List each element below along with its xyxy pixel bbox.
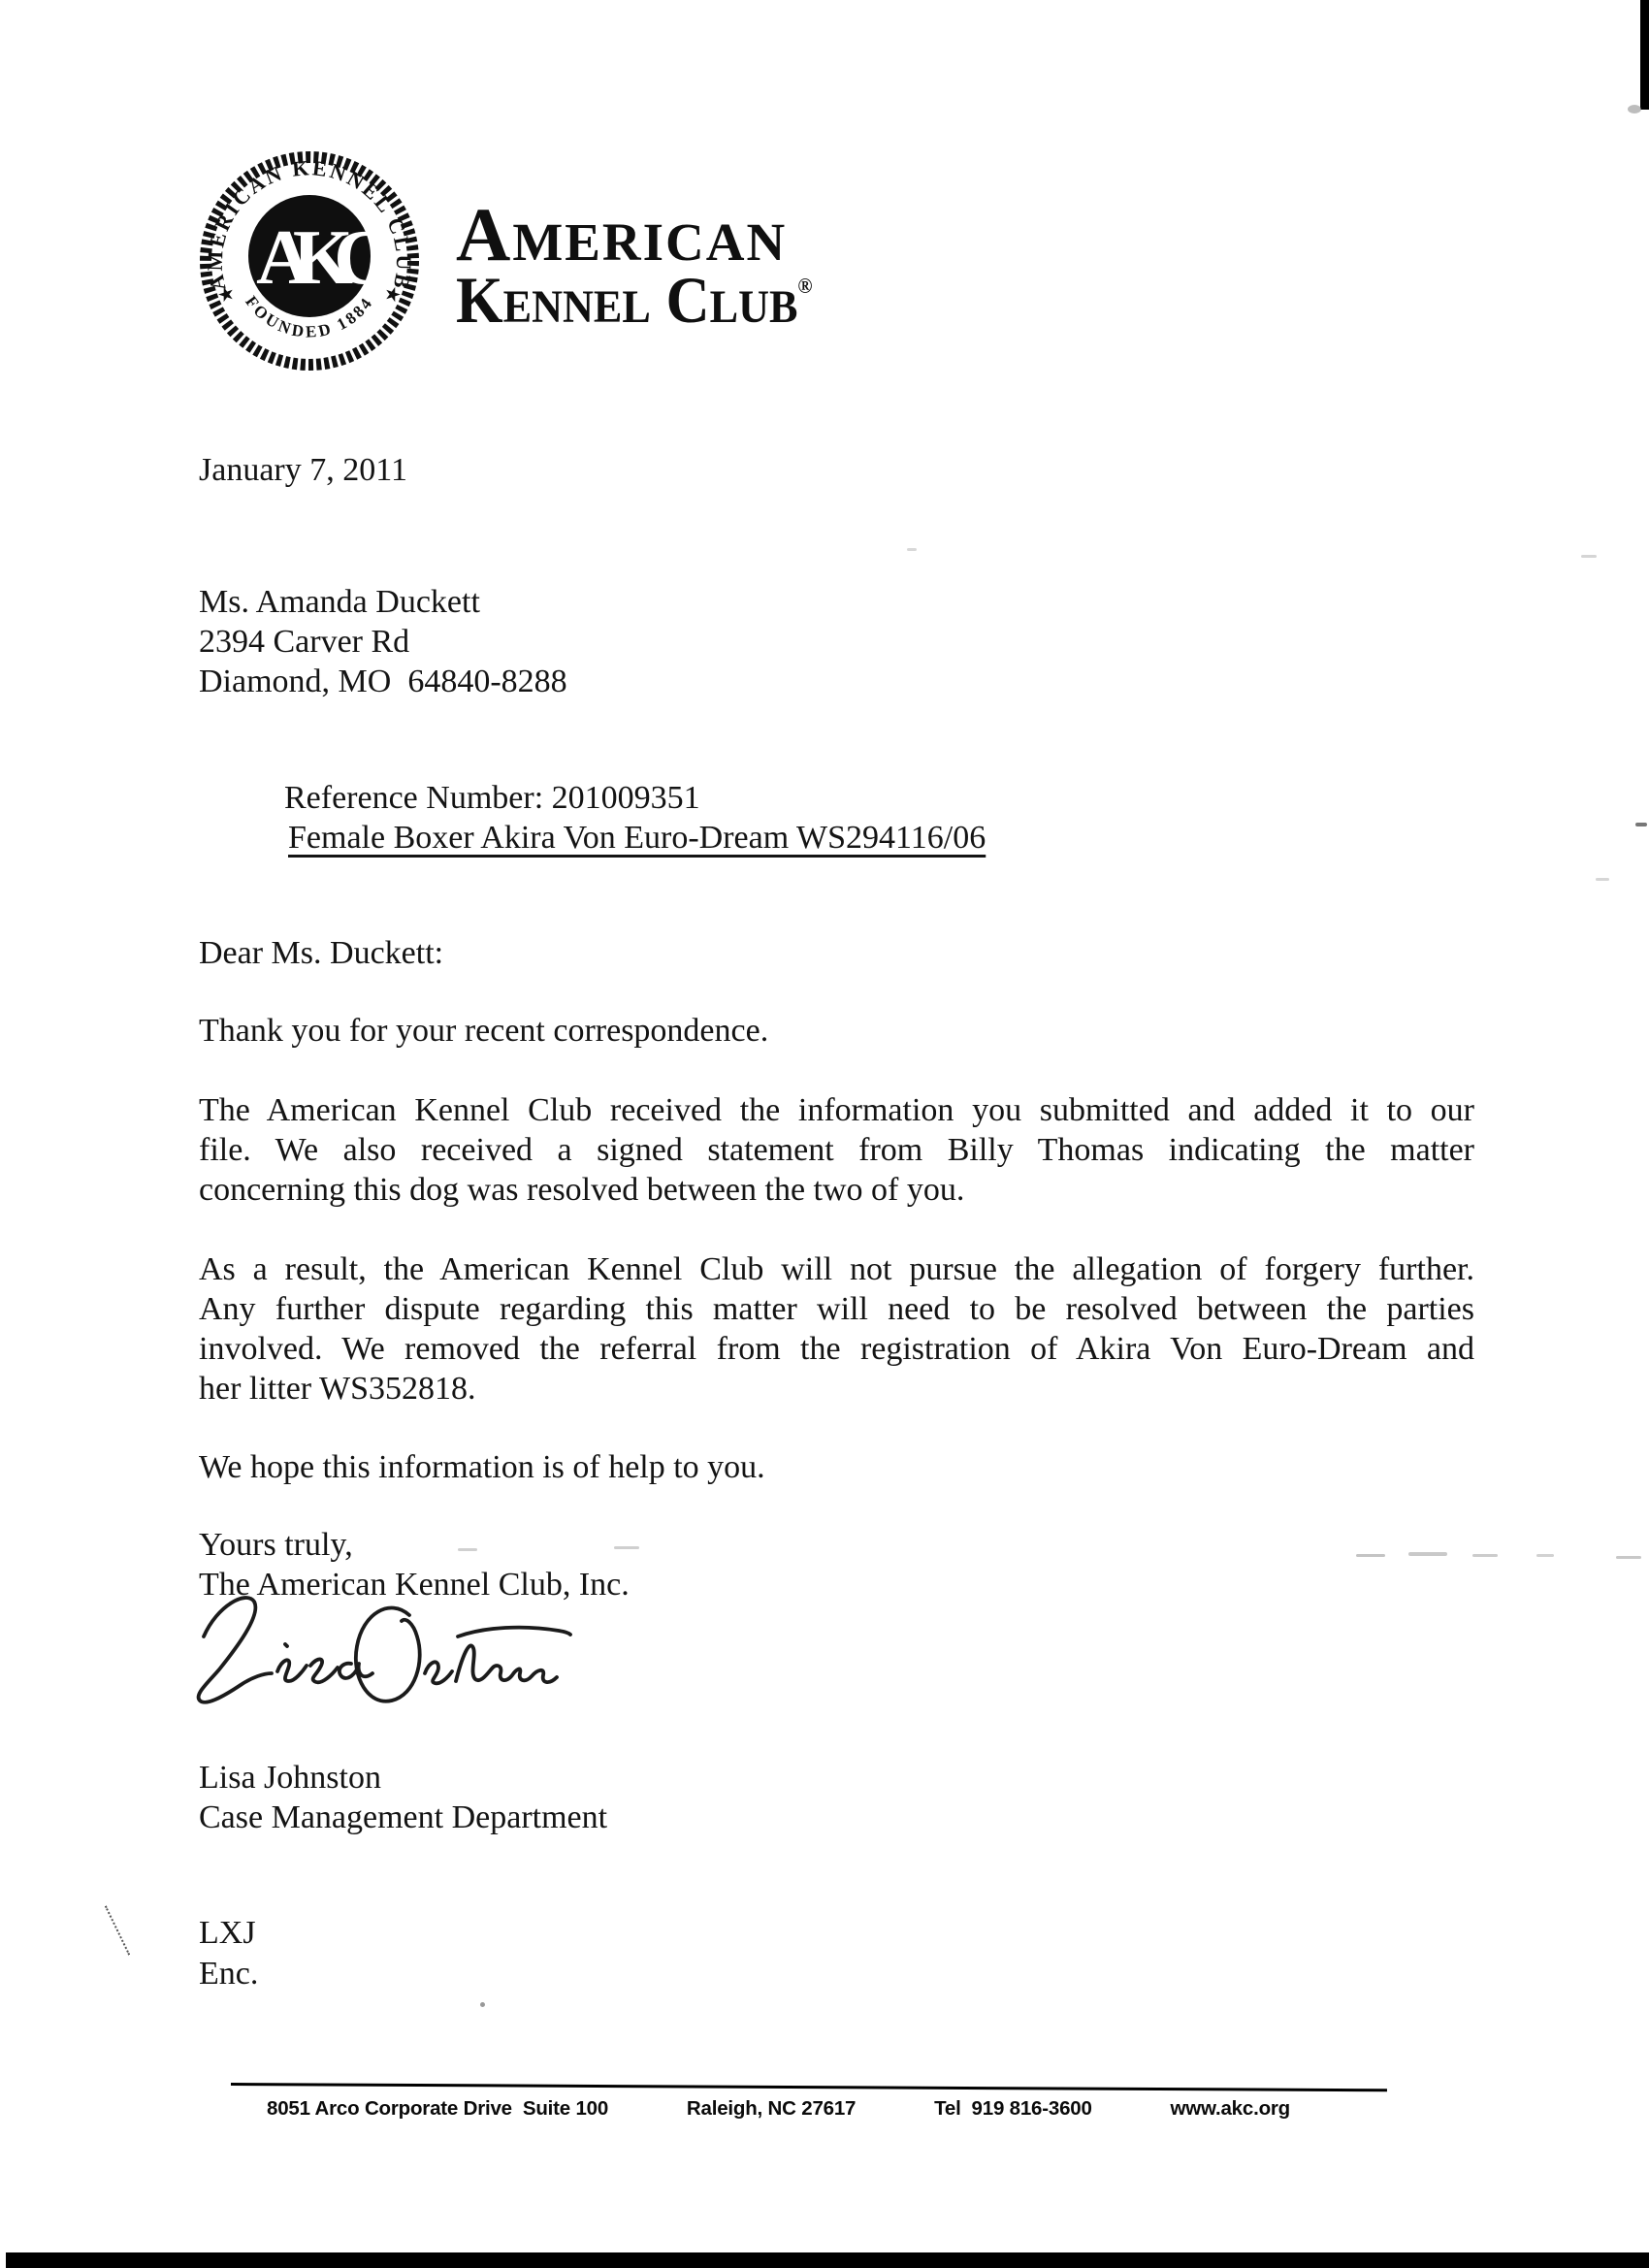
scan-artifact [480,2002,485,2007]
recipient-street: 2394 Carver Rd [199,622,567,662]
wordmark-line2: Kennel Club® [456,270,813,345]
date-line: January 7, 2011 [199,450,407,490]
footer-phone: Tel 919 816-3600 [934,2097,1092,2121]
typist-initials: LXJ [199,1913,258,1954]
recipient-name: Ms. Amanda Duckett [199,582,567,622]
signer-name: Lisa Johnston [199,1758,607,1798]
seal-star-right-icon: ★ [381,282,404,308]
scan-artifact [1616,1556,1641,1559]
reference-block: Reference Number: 201009351 Female Boxer… [284,778,986,858]
scan-edge-bar-bottom [6,2252,1649,2268]
registered-trademark-icon: ® [797,274,812,298]
reference-number-line: Reference Number: 201009351 [284,778,986,818]
paragraph-line: her litter WS352818. [199,1369,1474,1409]
akc-wordmark: American Kennel Club® [456,200,844,345]
recipient-city-line: Diamond, MO 64840-8288 [199,662,567,701]
enclosure-notation: Enc. [199,1954,258,1994]
recipient-address: Ms. Amanda Duckett 2394 Carver Rd Diamon… [199,582,567,701]
scan-edge-bar-top-right [1640,0,1649,110]
valediction: Yours truly, [199,1525,630,1565]
scan-artifact [614,1546,639,1549]
notations-block: LXJ Enc. [199,1913,258,1994]
paragraph-line: involved. We removed the referral from t… [199,1329,1474,1369]
footer-web: www.akc.org [1171,2097,1291,2121]
footer-city: Raleigh, NC 27617 [687,2097,856,2121]
signer-department: Case Management Department [199,1798,607,1837]
paragraph-line: The American Kennel Club received the in… [199,1090,1474,1130]
footer: 8051 Arco Corporate Drive Suite 100 Rale… [267,2097,1290,2121]
akc-seal-logo: AMERICAN KENNEL CLUB FOUNDED 1884 ★ ★ AK… [194,146,425,376]
scan-artifact [1408,1552,1447,1556]
scan-artifact [1356,1554,1385,1557]
paragraph-line: As a result, the American Kennel Club wi… [199,1249,1474,1289]
scan-artifact [907,548,917,551]
stray-pen-mark [105,1905,130,1955]
seal-akc-monogram: AKC [256,215,384,301]
scan-artifact [458,1548,477,1551]
paragraph-line: file. We also received a signed statemen… [199,1130,1474,1170]
letter-page: AMERICAN KENNEL CLUB FOUNDED 1884 ★ ★ AK… [0,0,1649,2268]
signature-lisa-johnston [184,1576,611,1746]
scan-smudge [1628,105,1641,113]
paragraph-2: The American Kennel Club received the in… [199,1090,1474,1210]
paragraph-1: Thank you for your recent correspondence… [199,1011,768,1051]
scan-artifact [1581,555,1597,558]
scan-artifact [1635,823,1647,826]
scan-artifact [1536,1554,1554,1557]
salutation: Dear Ms. Duckett: [199,933,443,973]
wordmark-line1: American [456,200,844,270]
footer-address: 8051 Arco Corporate Drive Suite 100 [267,2097,608,2121]
reference-subject-line: Female Boxer Akira Von Euro-Dream WS2941… [284,818,986,858]
paragraph-line: Any further dispute regarding this matte… [199,1289,1474,1329]
signer-block: Lisa Johnston Case Management Department [199,1758,607,1837]
scan-artifact [1596,878,1609,881]
scan-artifact [1472,1554,1498,1557]
paragraph-3: As a result, the American Kennel Club wi… [199,1249,1474,1409]
footer-rule [231,2083,1387,2091]
paragraph-4: We hope this information is of help to y… [199,1447,765,1487]
paragraph-line: concerning this dog was resolved between… [199,1170,1474,1210]
